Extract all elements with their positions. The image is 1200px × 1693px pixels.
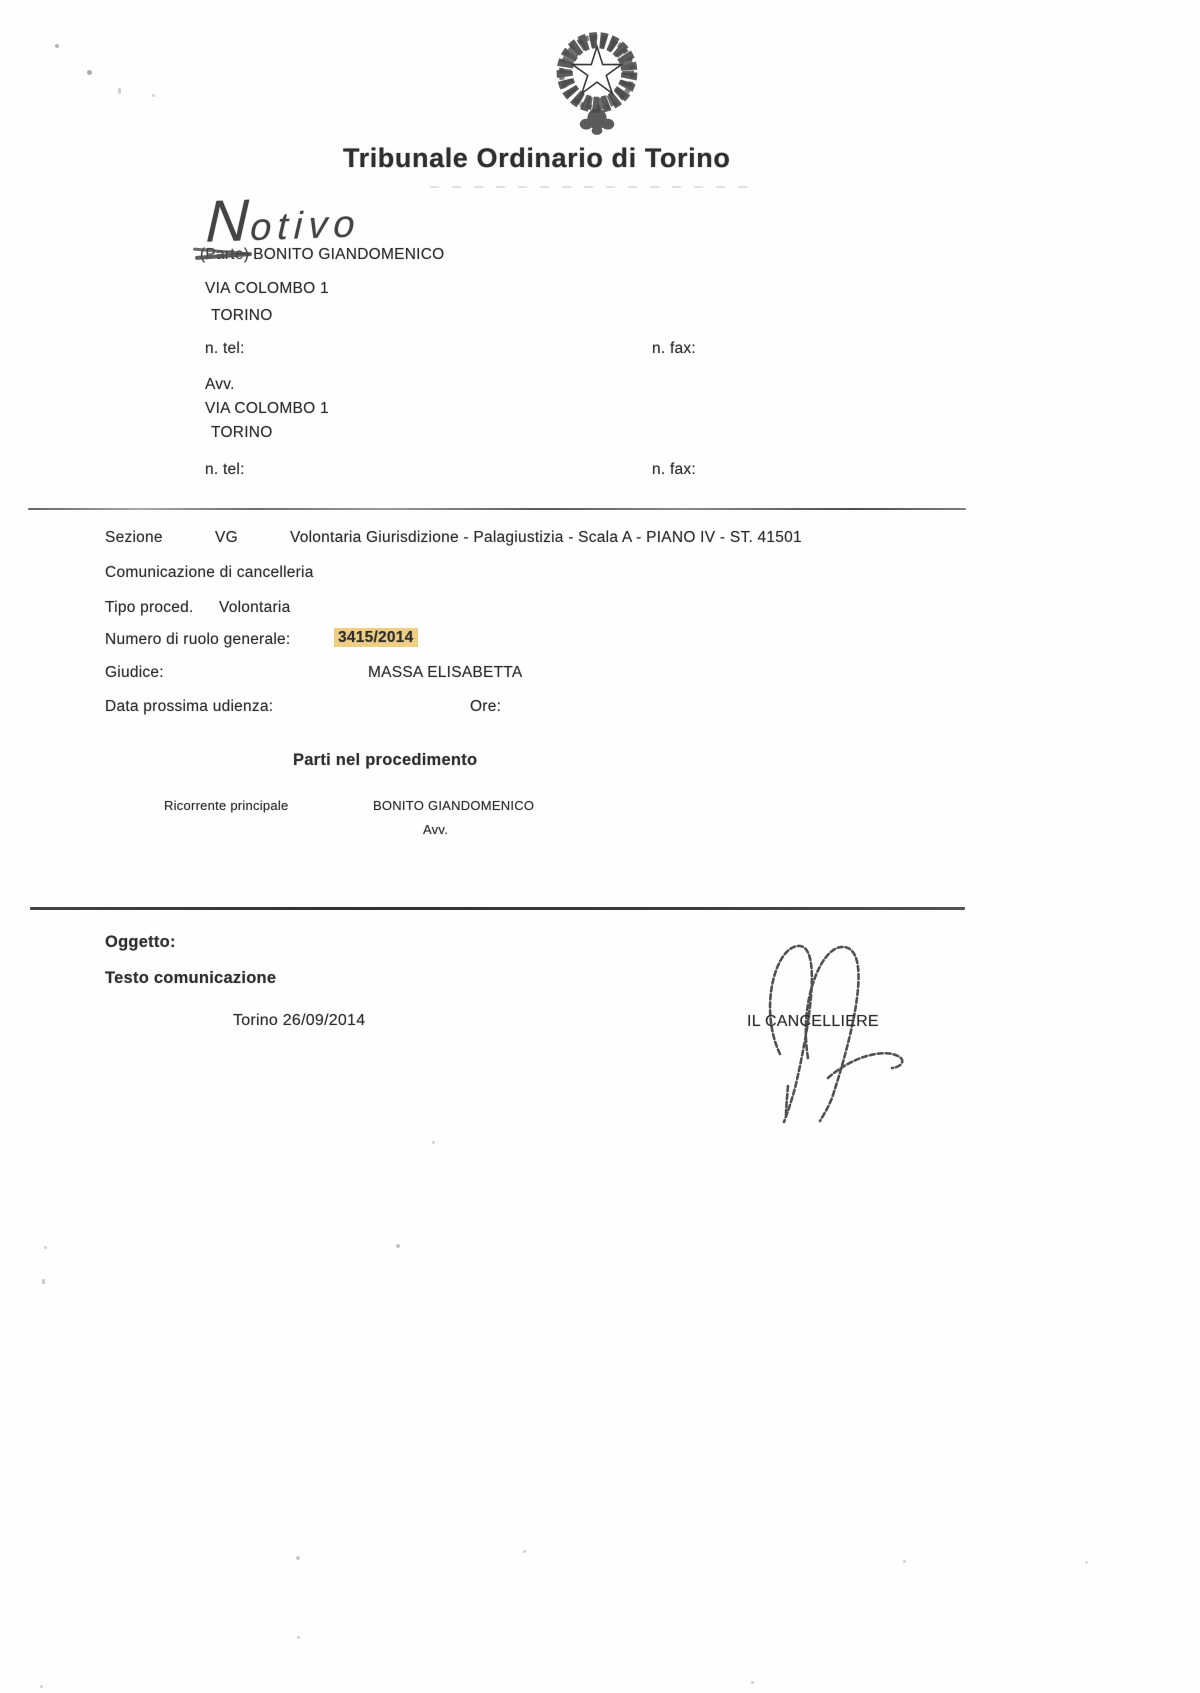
- scan-speck: [903, 1560, 906, 1563]
- court-title: Tribunale Ordinario di Torino: [343, 144, 730, 174]
- lawyer-title: Avv.: [205, 376, 235, 393]
- numero-ruolo-label: Numero di ruolo generale:: [105, 631, 290, 648]
- ore-label: Ore:: [470, 698, 501, 715]
- scan-speck: [396, 1244, 400, 1248]
- cancelliere-title: IL CANCELLIERE: [747, 1013, 879, 1031]
- testo-comunicazione-label: Testo comunicazione: [105, 969, 276, 987]
- scan-speck: [432, 1141, 435, 1144]
- comunicazione-line: Comunicazione di cancelleria: [105, 564, 314, 581]
- parties-heading: Parti nel procedimento: [293, 751, 477, 769]
- scanned-document-page: Tribunale Ordinario di Torino Notivo (Pa…: [0, 0, 1200, 1693]
- ricorrente-label: Ricorrente principale: [164, 799, 288, 813]
- ricorrente-avv-label: Avv.: [423, 823, 448, 837]
- recipient-name: BONITO GIANDOMENICO: [253, 246, 444, 263]
- scan-speck: [44, 1246, 47, 1249]
- place-date-line: Torino 26/09/2014: [233, 1012, 365, 1030]
- scan-speck: [118, 88, 121, 94]
- lawyer-city: TORINO: [211, 424, 273, 441]
- scan-speck: [40, 1685, 43, 1688]
- udienza-label: Data prossima udienza:: [105, 698, 273, 715]
- scan-speck: [42, 1279, 45, 1284]
- section-divider-top: [28, 508, 966, 510]
- scan-noise-line: [430, 186, 760, 188]
- scan-speck: [87, 70, 92, 75]
- sezione-label: Sezione: [105, 529, 163, 546]
- lawyer-address: VIA COLOMBO 1: [205, 400, 329, 417]
- oggetto-label: Oggetto:: [105, 933, 176, 951]
- sezione-description: Volontaria Giurisdizione - Palagiustizia…: [290, 529, 802, 546]
- scan-speck: [152, 94, 155, 97]
- scan-speck: [297, 1636, 300, 1639]
- scan-speck: [55, 44, 59, 48]
- recipient-fax-label: n. fax:: [652, 340, 696, 357]
- scan-speck: [1085, 1561, 1088, 1564]
- numero-ruolo-value: 3415/2014: [334, 628, 418, 647]
- crossed-out-parte-label: (Parte): [200, 246, 249, 263]
- lawyer-fax-label: n. fax:: [652, 461, 696, 478]
- recipient-tel-label: n. tel:: [205, 340, 245, 357]
- scan-speck: [523, 1550, 526, 1553]
- giudice-value: MASSA ELISABETTA: [368, 664, 522, 681]
- tipo-proced-value: Volontaria: [219, 599, 290, 616]
- italy-coat-of-arms-icon: [543, 24, 651, 136]
- ricorrente-name: BONITO GIANDOMENICO: [373, 799, 534, 813]
- scan-speck: [751, 1681, 754, 1684]
- handwritten-note: Notivo: [205, 183, 362, 256]
- recipient-address: VIA COLOMBO 1: [205, 280, 329, 297]
- giudice-label: Giudice:: [105, 664, 164, 681]
- tipo-proced-label: Tipo proced.: [105, 599, 194, 616]
- recipient-city: TORINO: [211, 307, 273, 324]
- section-divider-bottom: [30, 907, 965, 910]
- sezione-value: VG: [215, 529, 238, 546]
- scan-speck: [296, 1556, 300, 1560]
- lawyer-tel-label: n. tel:: [205, 461, 245, 478]
